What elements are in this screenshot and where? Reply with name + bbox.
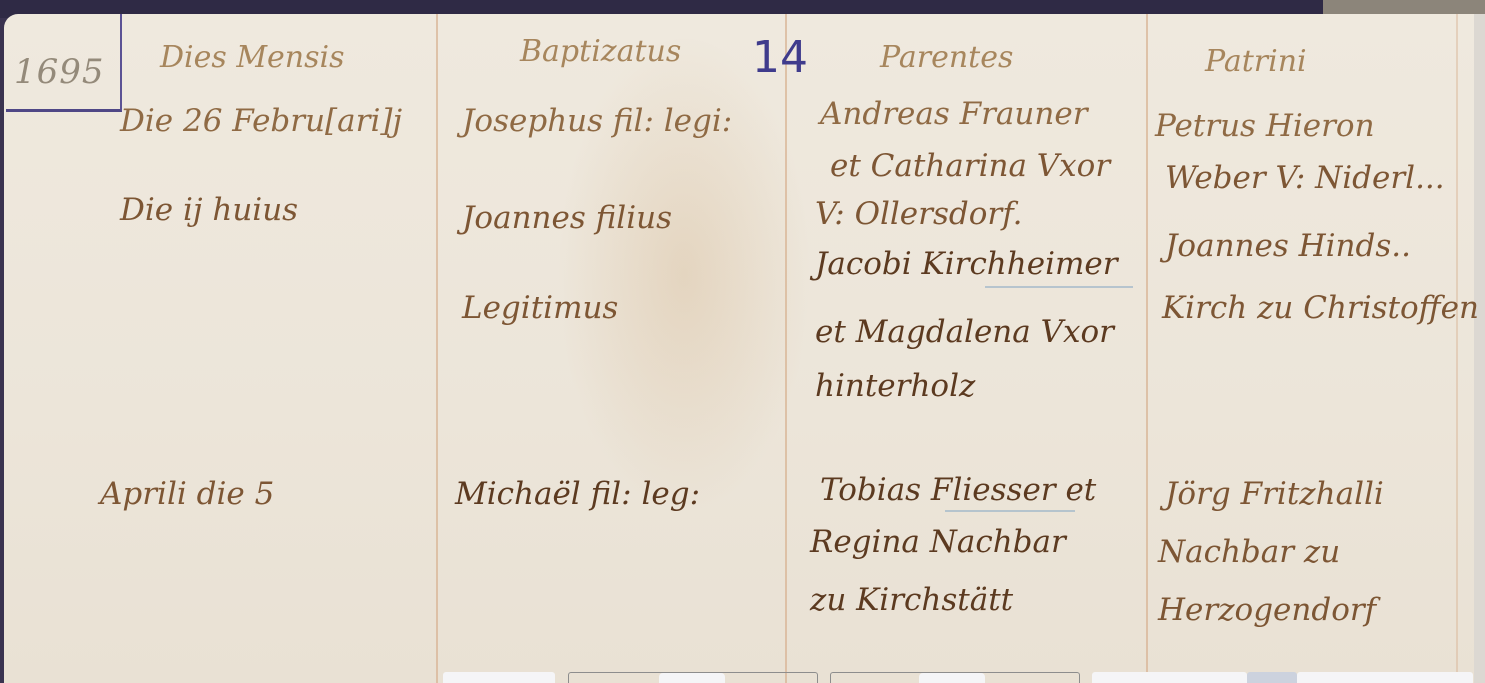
entry-2-godparent-line-1: Joannes Hinds.. [1165, 228, 1411, 264]
entry-3-godparent-line-2: Nachbar zu [1158, 534, 1340, 570]
entry-3-parent-line-1: Tobias Fliesser et [820, 472, 1096, 508]
viewer-tab-2[interactable] [568, 672, 818, 683]
viewer-tab-4-selected-segment[interactable] [1247, 672, 1297, 683]
column-rule-2 [785, 14, 787, 683]
entry-3-godparent-line-3: Herzogendorf [1158, 592, 1376, 628]
entry-2-baptized-line-2: Legitimus [462, 290, 618, 326]
entry-2-parent-line-3: hinterholz [815, 368, 975, 404]
viewer-tab-5[interactable] [1297, 672, 1473, 683]
entry-2-godparent-line-2: Kirch zu Christoffen [1162, 290, 1479, 326]
viewer-tab-4[interactable] [1092, 672, 1247, 683]
entry-2-parent-line-1: Jacobi Kirchheimer [815, 246, 1118, 282]
column-header-parents: Parentes [880, 40, 1013, 75]
entry-2-baptized-line-1: Joannes filius [462, 200, 672, 236]
column-rule-1 [436, 14, 438, 683]
entry-3-godparent-line-1: Jörg Fritzhalli [1165, 476, 1384, 512]
viewer-tab-2-handle[interactable] [659, 673, 725, 683]
viewer-tab-3[interactable] [830, 672, 1080, 683]
entry-1-parent-line-3: V: Ollersdorf. [815, 196, 1022, 232]
entry-1-godparent-line-1: Petrus Hieron [1155, 108, 1375, 144]
column-rule-4 [1456, 14, 1458, 683]
entry-1-godparent-line-2: Weber V: Niderl... [1165, 160, 1445, 196]
viewer-bottom-toolbar [440, 672, 1475, 683]
entry-3-baptized: Michaël fil: leg: [455, 476, 700, 512]
year-label: 1695 [14, 52, 105, 92]
entry-2-parent-line-2: et Magdalena Vxor [815, 314, 1114, 350]
page-number-annotation: 14 [752, 32, 808, 83]
column-header-baptized: Baptizatus [520, 34, 681, 69]
blue-underline-2 [945, 510, 1075, 512]
entry-1-date: Die 26 Febru[ari]j [120, 103, 402, 139]
blue-underline [985, 286, 1133, 288]
entry-2-date: Die ij huius [120, 192, 298, 228]
column-rule-3 [1146, 14, 1148, 683]
column-header-godparents: Patrini [1205, 44, 1307, 79]
column-header-date: Dies Mensis [160, 40, 345, 75]
entry-1-baptized: Josephus fil: legi: [462, 103, 732, 139]
entry-3-parent-line-3: zu Kirchstätt [810, 582, 1013, 618]
viewer-tab-3-handle[interactable] [919, 673, 985, 683]
entry-3-parent-line-2: Regina Nachbar [810, 524, 1066, 560]
page-right-edge [1474, 14, 1485, 683]
viewer-tab-1[interactable] [443, 672, 555, 683]
entry-1-parent-line-2: et Catharina Vxor [830, 148, 1110, 184]
entry-1-parent-line-1: Andreas Frauner [820, 96, 1088, 132]
entry-3-date: Aprili die 5 [100, 476, 274, 512]
